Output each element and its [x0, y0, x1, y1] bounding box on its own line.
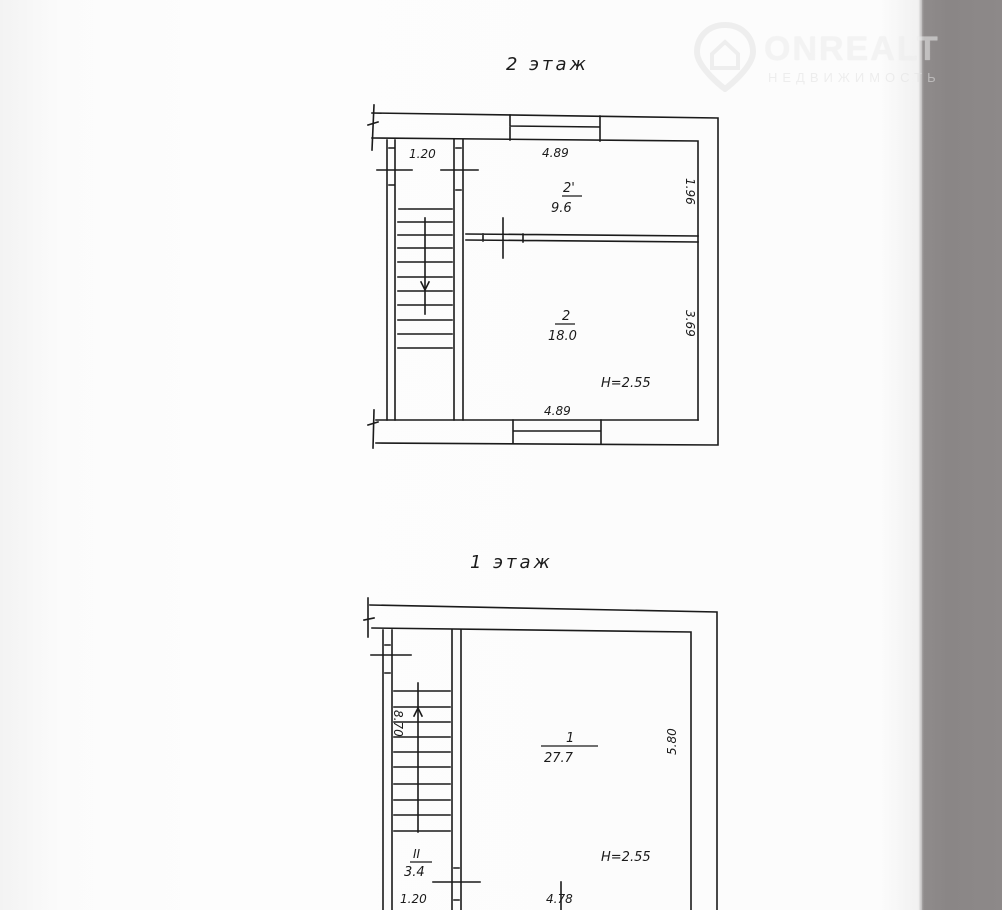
floor-2-stair-width: 1.20 — [409, 147, 436, 161]
room-1-number: 1 — [566, 731, 574, 746]
floor-1-stair-length: 8.70 — [391, 710, 405, 737]
floor-2-stair-wall-left — [387, 140, 395, 420]
floor-1-break-mark-top — [364, 598, 374, 637]
floor-2-bottom-width: 4.89 — [544, 404, 571, 418]
room-2prime-number: 2' — [563, 181, 575, 196]
room-ii-number: II — [413, 847, 421, 861]
floor-plan-drawing: 2 этаж 1.20 4.89 2' 9.6 1.96 2 18.0 3.69… — [0, 0, 1002, 910]
floor-1-title: 1 этаж — [470, 552, 553, 573]
room-2prime-depth: 1.96 — [683, 178, 697, 205]
floor-2-break-mark-top — [368, 105, 378, 150]
room-1-area: 27.7 — [544, 751, 574, 766]
floor-1-ceiling-height: H=2.55 — [601, 850, 651, 865]
room-2-depth: 3.69 — [683, 310, 697, 337]
room-1-depth: 5.80 — [665, 728, 679, 755]
room-2prime-area: 9.6 — [551, 201, 572, 216]
floor-1-stair-width: 1.20 — [400, 892, 427, 906]
floor-2-partition — [466, 218, 698, 258]
floor-1-stair-wall-left — [383, 630, 392, 910]
room-2-number: 2 — [562, 309, 570, 324]
floor-2-outer-wall — [372, 113, 718, 445]
room-2-area: 18.0 — [548, 329, 577, 344]
floor-1-door-mark — [371, 645, 411, 673]
floor-2-window-top — [510, 115, 600, 141]
floor-2-window-bottom — [513, 420, 601, 443]
floor-2-title: 2 этаж — [506, 54, 589, 75]
floor-2-door-mark-right — [441, 148, 478, 190]
room-ii-area: 3.4 — [404, 865, 425, 880]
floor-2-stair-wall-right — [454, 140, 463, 420]
floor-1-door-mark-room-ii — [433, 868, 480, 900]
floor-2-top-width: 4.89 — [542, 146, 569, 160]
floor-2-ceiling-height: H=2.55 — [601, 376, 651, 391]
floor-1-bottom-width: 4.78 — [546, 892, 573, 906]
